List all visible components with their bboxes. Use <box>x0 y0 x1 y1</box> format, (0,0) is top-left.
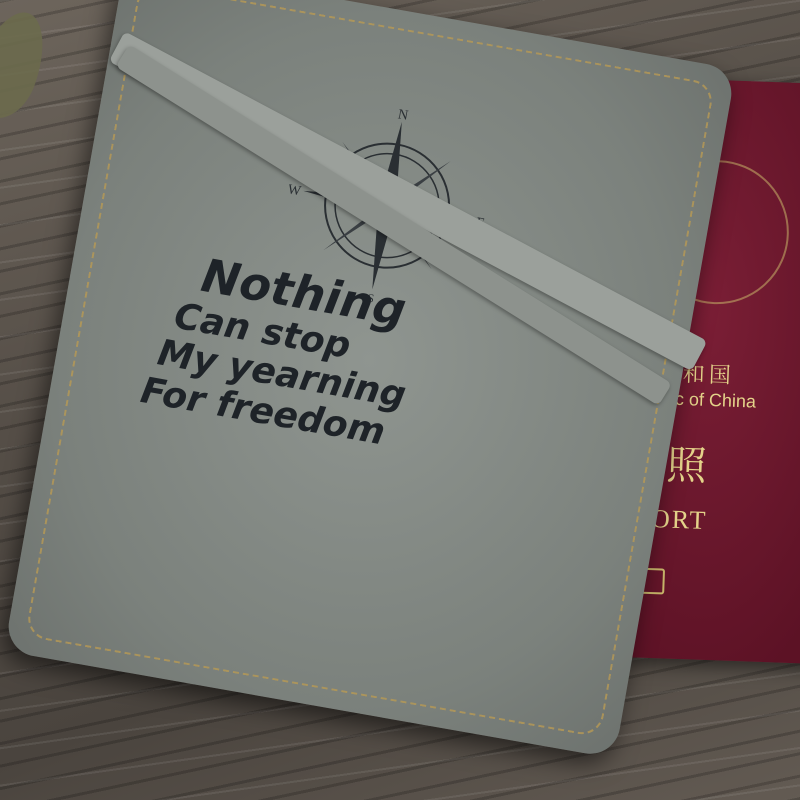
leather-passport-cover: N W E S Nothing Can stop My yearning For… <box>4 0 736 759</box>
compass-west-label: W <box>286 182 302 199</box>
compass-north-label: N <box>397 107 410 124</box>
